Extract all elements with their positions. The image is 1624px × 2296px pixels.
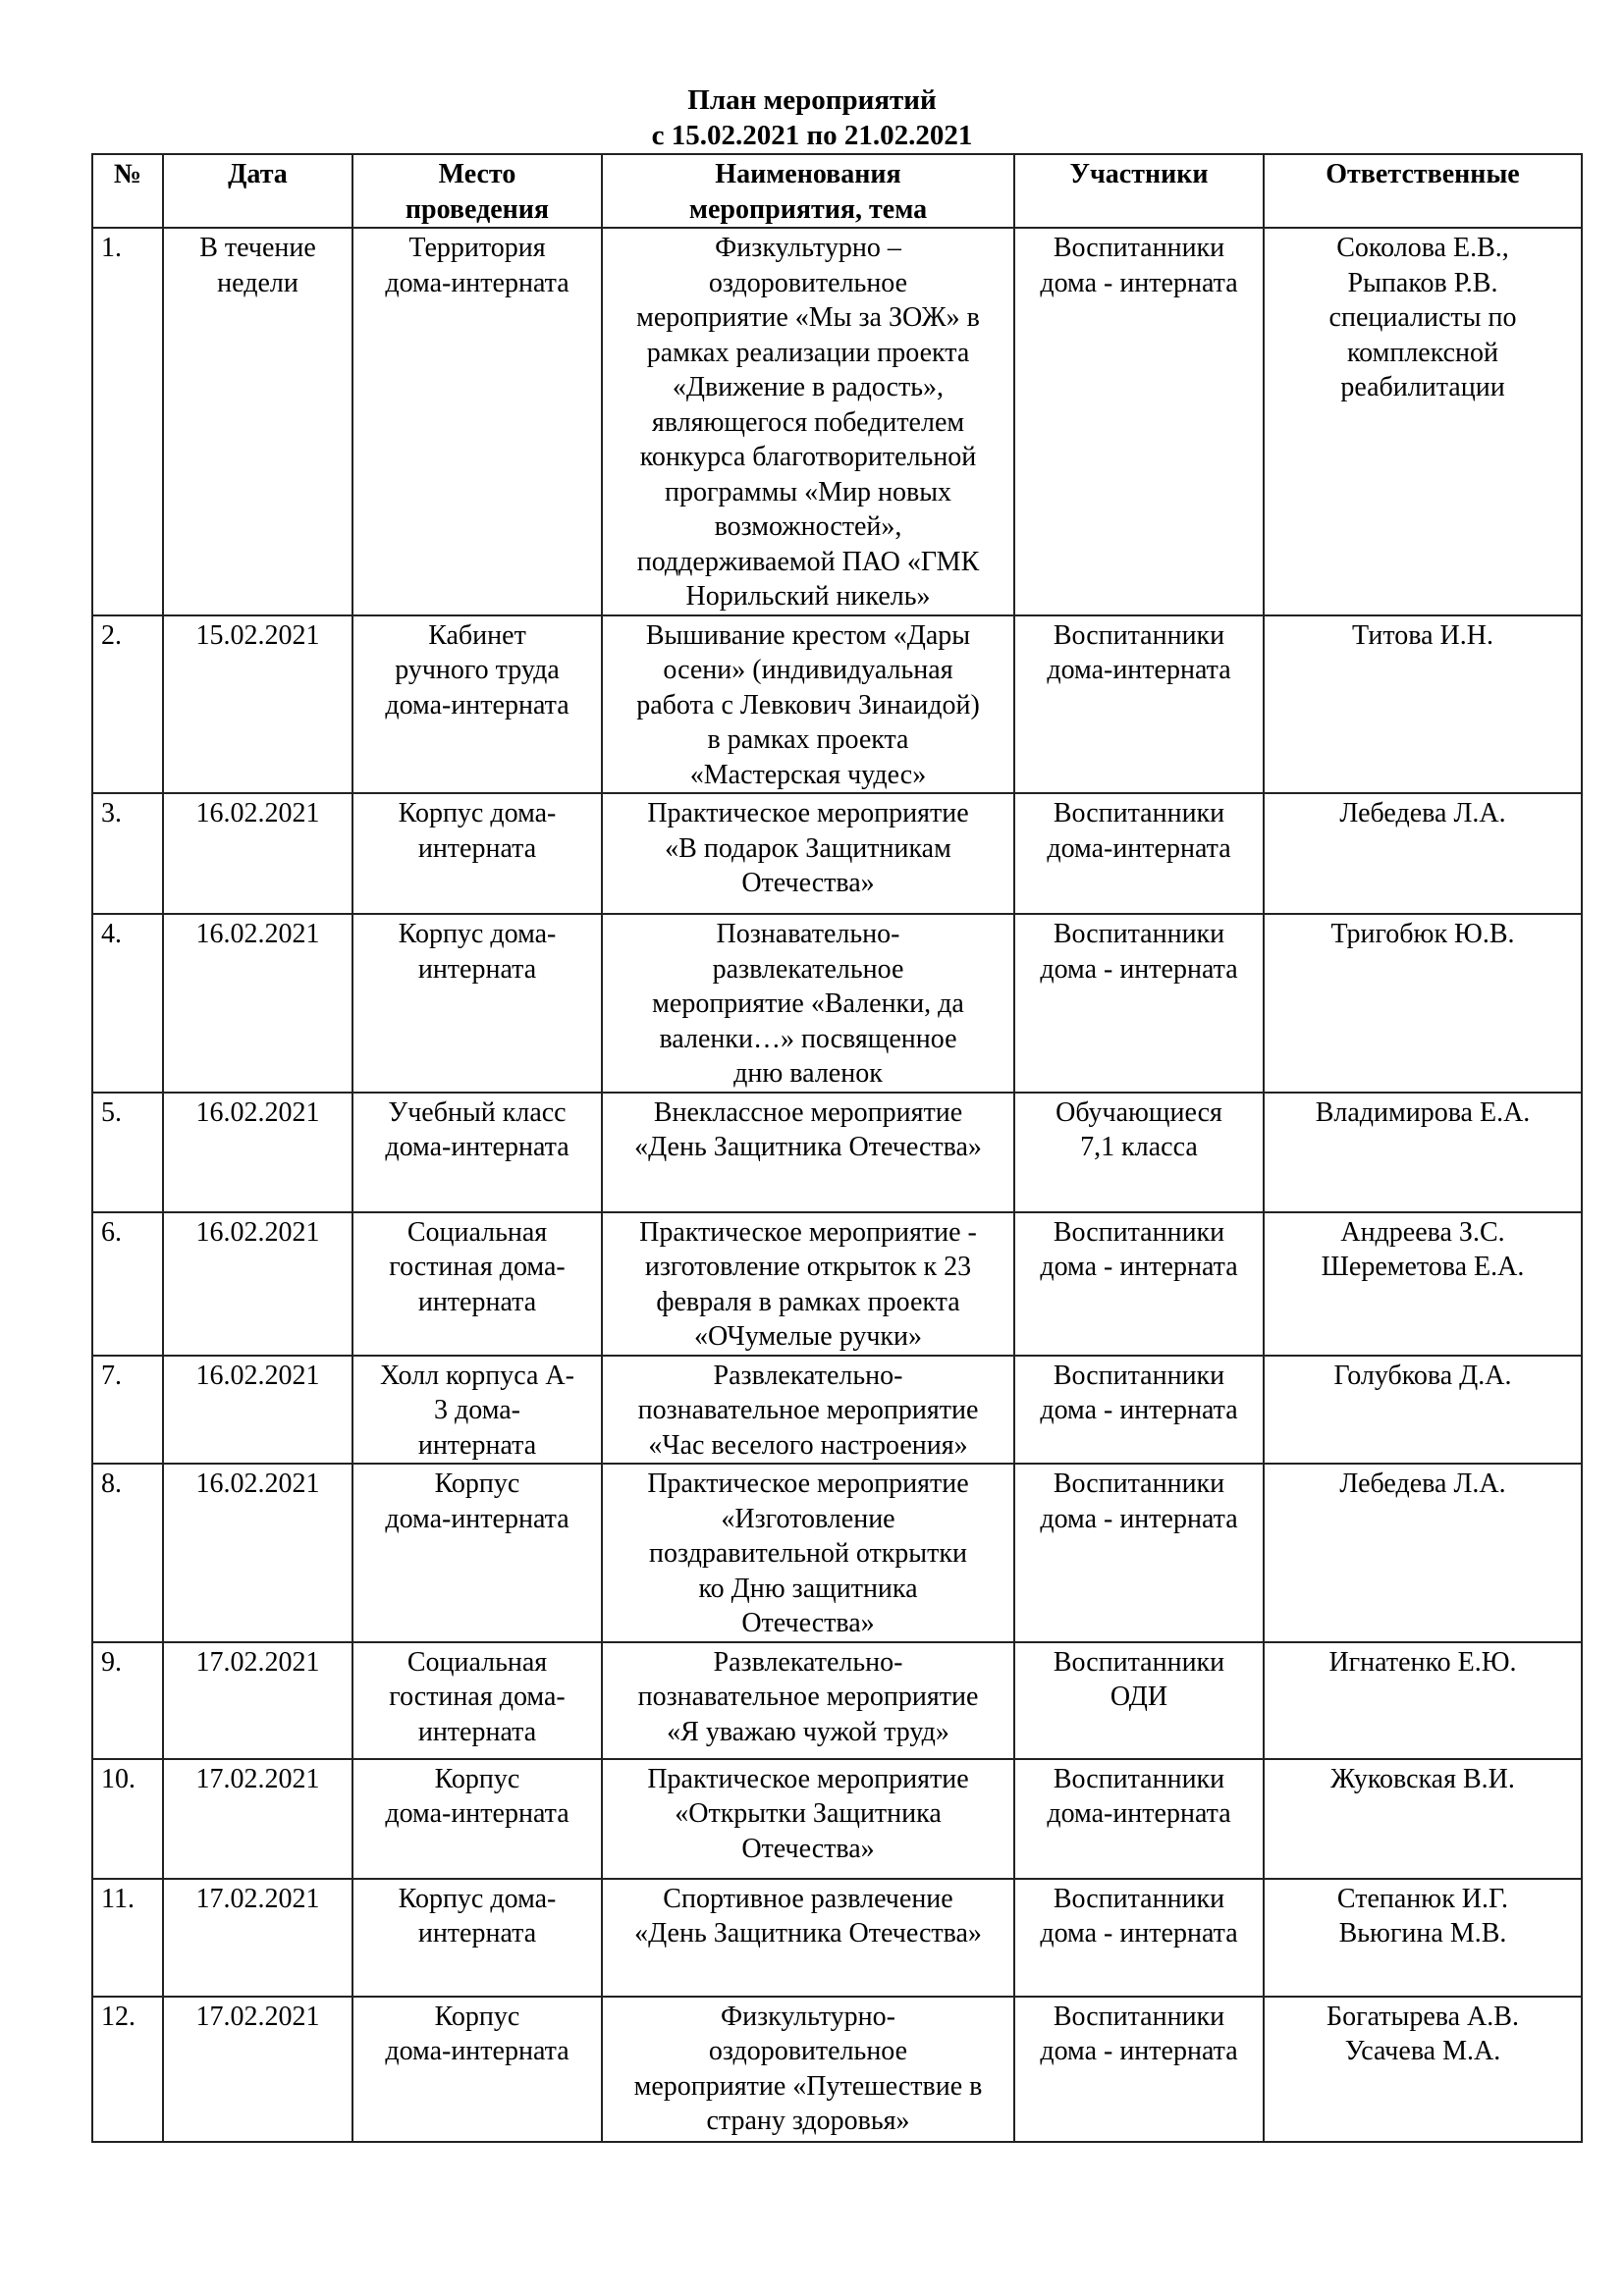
cell-text: Отечества»: [607, 1606, 1009, 1641]
event-place: Корпусдома-интерната: [352, 1997, 602, 2142]
cell-text: Практическое мероприятие: [607, 1762, 1009, 1797]
cell-text: Отечества»: [607, 1832, 1009, 1867]
cell-text: 3.: [101, 796, 158, 831]
event-place: Территориядома-интерната: [352, 228, 602, 615]
table-row: 4.16.02.2021Корпус дома-интернатаПознава…: [92, 914, 1582, 1093]
event-participants: Воспитанникидома - интерната: [1014, 1997, 1264, 2142]
cell-text: познавательное мероприятие: [607, 1393, 1009, 1428]
cell-text: интерната: [357, 952, 597, 988]
cell-text: дома-интерната: [357, 266, 597, 301]
cell-text: ко Дню защитника: [607, 1572, 1009, 1607]
event-participants: Воспитанникидома-интерната: [1014, 793, 1264, 914]
cell-text: дома-интерната: [357, 1796, 597, 1832]
cell-text: Социальная: [357, 1215, 597, 1251]
cell-text: 16.02.2021: [168, 1095, 348, 1131]
event-responsible: Андреева З.С.Шереметова Е.А.: [1264, 1212, 1582, 1356]
row-number: 8.: [92, 1464, 163, 1642]
event-date: 17.02.2021: [163, 1642, 352, 1759]
cell-text: недели: [168, 266, 348, 301]
cell-text: «Движение в радость»,: [607, 370, 1009, 405]
event-date: 16.02.2021: [163, 793, 352, 914]
cell-text: Воспитанники: [1019, 231, 1259, 266]
header-place: Местопроведения: [352, 154, 602, 228]
cell-text: Развлекательно-: [607, 1645, 1009, 1681]
header-text: мероприятия, тема: [607, 192, 1009, 228]
cell-text: оздоровительное: [607, 266, 1009, 301]
cell-text: 16.02.2021: [168, 917, 348, 952]
event-responsible: Тригобюк Ю.В.: [1264, 914, 1582, 1093]
event-name: Физкультурно –оздоровительноемероприятие…: [602, 228, 1014, 615]
cell-text: 6.: [101, 1215, 158, 1251]
cell-text: дома-интерната: [1019, 831, 1259, 867]
table-row: 11.17.02.2021Корпус дома-интернатаСпорти…: [92, 1879, 1582, 1997]
event-participants: Воспитанникидома - интерната: [1014, 1212, 1264, 1356]
event-responsible: Соколова Е.В.,Рыпаков Р.В.специалисты по…: [1264, 228, 1582, 615]
event-participants: Воспитанникидома - интерната: [1014, 914, 1264, 1093]
cell-text: дома - интерната: [1019, 1393, 1259, 1428]
header-text: Ответственные: [1269, 157, 1577, 192]
cell-text: оздоровительное: [607, 2034, 1009, 2069]
cell-text: дома-интерната: [1019, 1796, 1259, 1832]
cell-text: «Открытки Защитника: [607, 1796, 1009, 1832]
header-event: Наименованиямероприятия, тема: [602, 154, 1014, 228]
events-table: №ДатаМестопроведенияНаименованиямероприя…: [91, 153, 1583, 2143]
cell-text: Воспитанники: [1019, 917, 1259, 952]
event-responsible: Игнатенко Е.Ю.: [1264, 1642, 1582, 1759]
cell-text: 12.: [101, 2000, 158, 2035]
cell-text: поддерживаемой ПАО «ГМК: [607, 545, 1009, 580]
cell-text: 10.: [101, 1762, 158, 1797]
cell-text: «Мастерская чудес»: [607, 758, 1009, 793]
header-text: Место: [357, 157, 597, 192]
event-participants: Воспитанникидома - интерната: [1014, 1356, 1264, 1465]
cell-text: интерната: [357, 1285, 597, 1320]
cell-text: Корпус: [357, 1762, 597, 1797]
row-number: 9.: [92, 1642, 163, 1759]
cell-text: дома - интерната: [1019, 952, 1259, 988]
event-date: В течениенедели: [163, 228, 352, 615]
event-date: 16.02.2021: [163, 1093, 352, 1212]
event-place: Корпус дома-интерната: [352, 1879, 602, 1997]
table-row: 1.В течениенеделиТерриториядома-интернат…: [92, 228, 1582, 615]
cell-text: февраля в рамках проекта: [607, 1285, 1009, 1320]
cell-text: Титова И.Н.: [1269, 618, 1577, 654]
cell-text: Территория: [357, 231, 597, 266]
event-name: Познавательно-развлекательноемероприятие…: [602, 914, 1014, 1093]
table-body: 1.В течениенеделиТерриториядома-интернат…: [92, 228, 1582, 2142]
cell-text: Практическое мероприятие -: [607, 1215, 1009, 1251]
event-responsible: Владимирова Е.А.: [1264, 1093, 1582, 1212]
cell-text: Холл корпуса А-: [357, 1359, 597, 1394]
cell-text: осени» (индивидуальная: [607, 653, 1009, 688]
event-date: 16.02.2021: [163, 1464, 352, 1642]
cell-text: конкурса благотворительной: [607, 440, 1009, 475]
event-date: 15.02.2021: [163, 615, 352, 794]
cell-text: интерната: [357, 1715, 597, 1750]
event-place: Корпусдома-интерната: [352, 1464, 602, 1642]
table-row: 10.17.02.2021Корпусдома-интернатаПрактич…: [92, 1759, 1582, 1879]
cell-text: Рыпаков Р.В.: [1269, 266, 1577, 301]
cell-text: Познавательно-: [607, 917, 1009, 952]
cell-text: 2.: [101, 618, 158, 654]
table-row: 6.16.02.2021Социальнаягостиная дома-инте…: [92, 1212, 1582, 1356]
cell-text: мероприятие «Валенки, да: [607, 987, 1009, 1022]
cell-text: реабилитации: [1269, 370, 1577, 405]
event-responsible: Лебедева Л.А.: [1264, 793, 1582, 914]
event-place: Корпус дома-интерната: [352, 793, 602, 914]
cell-text: специалисты по: [1269, 300, 1577, 336]
cell-text: В течение: [168, 231, 348, 266]
cell-text: дома-интерната: [357, 1502, 597, 1537]
cell-text: Норильский никель»: [607, 579, 1009, 614]
event-participants: Воспитанникидома-интерната: [1014, 615, 1264, 794]
header-text: Участники: [1019, 157, 1259, 192]
cell-text: «В подарок Защитникам: [607, 831, 1009, 867]
cell-text: развлекательное: [607, 952, 1009, 988]
event-place: Корпус дома-интерната: [352, 914, 602, 1093]
cell-text: 16.02.2021: [168, 1215, 348, 1251]
cell-text: Развлекательно-: [607, 1359, 1009, 1394]
cell-text: в рамках проекта: [607, 722, 1009, 758]
cell-text: Корпус дома-: [357, 796, 597, 831]
event-participants: Воспитанникидома-интерната: [1014, 1759, 1264, 1879]
cell-text: 17.02.2021: [168, 1645, 348, 1681]
event-responsible: Голубкова Д.А.: [1264, 1356, 1582, 1465]
cell-text: 7,1 класса: [1019, 1130, 1259, 1165]
cell-text: 8.: [101, 1467, 158, 1502]
cell-text: Спортивное развлечение: [607, 1882, 1009, 1917]
cell-text: «День Защитника Отечества»: [607, 1916, 1009, 1951]
table-row: 12.17.02.2021Корпусдома-интернатаФизкуль…: [92, 1997, 1582, 2142]
cell-text: Соколова Е.В.,: [1269, 231, 1577, 266]
header-responsible: Ответственные: [1264, 154, 1582, 228]
cell-text: дома - интерната: [1019, 1250, 1259, 1285]
event-date: 16.02.2021: [163, 1212, 352, 1356]
event-date: 16.02.2021: [163, 914, 352, 1093]
cell-text: 11.: [101, 1882, 158, 1917]
cell-text: Воспитанники: [1019, 1467, 1259, 1502]
event-name: Вышивание крестом «Дарыосени» (индивидуа…: [602, 615, 1014, 794]
event-responsible: Богатырева А.В.Усачева М.А.: [1264, 1997, 1582, 2142]
event-place: Учебный классдома-интерната: [352, 1093, 602, 1212]
cell-text: 17.02.2021: [168, 1762, 348, 1797]
cell-text: страну здоровья»: [607, 2104, 1009, 2139]
table-row: 9.17.02.2021Социальнаягостиная дома-инте…: [92, 1642, 1582, 1759]
event-responsible: Жуковская В.И.: [1264, 1759, 1582, 1879]
cell-text: дню валенок: [607, 1056, 1009, 1092]
cell-text: дома-интерната: [357, 1130, 597, 1165]
row-number: 10.: [92, 1759, 163, 1879]
cell-text: гостиная дома-: [357, 1250, 597, 1285]
event-date: 17.02.2021: [163, 1759, 352, 1879]
cell-text: Усачева М.А.: [1269, 2034, 1577, 2069]
cell-text: Жуковская В.И.: [1269, 1762, 1577, 1797]
event-name: Внеклассное мероприятие«День Защитника О…: [602, 1093, 1014, 1212]
cell-text: 17.02.2021: [168, 2000, 348, 2035]
cell-text: изготовление открыток к 23: [607, 1250, 1009, 1285]
cell-text: ручного труда: [357, 653, 597, 688]
cell-text: «Изготовление: [607, 1502, 1009, 1537]
cell-text: Внеклассное мероприятие: [607, 1095, 1009, 1131]
event-name: Развлекательно-познавательное мероприяти…: [602, 1356, 1014, 1465]
header-date: Дата: [163, 154, 352, 228]
cell-text: Отечества»: [607, 866, 1009, 901]
cell-text: возможностей»,: [607, 509, 1009, 545]
cell-text: работа с Левкович Зинаидой): [607, 688, 1009, 723]
event-participants: Воспитанникидома - интерната: [1014, 1464, 1264, 1642]
row-number: 11.: [92, 1879, 163, 1997]
cell-text: мероприятие «Мы за ЗОЖ» в: [607, 300, 1009, 336]
event-name: Развлекательно-познавательное мероприяти…: [602, 1642, 1014, 1759]
cell-text: Кабинет: [357, 618, 597, 654]
row-number: 7.: [92, 1356, 163, 1465]
cell-text: Корпус дома-: [357, 1882, 597, 1917]
header-text: Дата: [168, 157, 348, 192]
cell-text: Вышивание крестом «Дары: [607, 618, 1009, 654]
cell-text: Воспитанники: [1019, 2000, 1259, 2035]
table-row: 7.16.02.2021Холл корпуса А-3 дома-интерн…: [92, 1356, 1582, 1465]
cell-text: Социальная: [357, 1645, 597, 1681]
event-date: 17.02.2021: [163, 1997, 352, 2142]
cell-text: дома-интерната: [357, 688, 597, 723]
cell-text: Шереметова Е.А.: [1269, 1250, 1577, 1285]
cell-text: 3 дома-: [357, 1393, 597, 1428]
header-text: проведения: [357, 192, 597, 228]
header-text: Наименования: [607, 157, 1009, 192]
event-place: Кабинетручного трудадома-интерната: [352, 615, 602, 794]
row-number: 4.: [92, 914, 163, 1093]
cell-text: рамках реализации проекта: [607, 336, 1009, 371]
header-number: №: [92, 154, 163, 228]
cell-text: «Я уважаю чужой труд»: [607, 1715, 1009, 1750]
cell-text: мероприятие «Путешествие в: [607, 2069, 1009, 2105]
cell-text: Богатырева А.В.: [1269, 2000, 1577, 2035]
cell-text: Воспитанники: [1019, 1882, 1259, 1917]
event-participants: Обучающиеся7,1 класса: [1014, 1093, 1264, 1212]
cell-text: «ОЧумелые ручки»: [607, 1319, 1009, 1355]
row-number: 2.: [92, 615, 163, 794]
cell-text: Воспитанники: [1019, 618, 1259, 654]
cell-text: 4.: [101, 917, 158, 952]
cell-text: дома-интерната: [1019, 653, 1259, 688]
cell-text: Тригобюк Ю.В.: [1269, 917, 1577, 952]
cell-text: 16.02.2021: [168, 1359, 348, 1394]
row-number: 3.: [92, 793, 163, 914]
table-row: 5.16.02.2021Учебный классдома-интернатаВ…: [92, 1093, 1582, 1212]
row-number: 5.: [92, 1093, 163, 1212]
cell-text: Воспитанники: [1019, 1645, 1259, 1681]
event-name: Практическое мероприятие -изготовление о…: [602, 1212, 1014, 1356]
cell-text: «Час веселого настроения»: [607, 1428, 1009, 1464]
event-place: Социальнаягостиная дома-интерната: [352, 1212, 602, 1356]
cell-text: валенки…» посвященное: [607, 1022, 1009, 1057]
cell-text: Воспитанники: [1019, 1359, 1259, 1394]
cell-text: Практическое мероприятие: [607, 1467, 1009, 1502]
cell-text: Корпус: [357, 1467, 597, 1502]
event-place: Корпусдома-интерната: [352, 1759, 602, 1879]
cell-text: 16.02.2021: [168, 1467, 348, 1502]
cell-text: 5.: [101, 1095, 158, 1131]
event-name: Практическое мероприятие«Изготовлениепоз…: [602, 1464, 1014, 1642]
event-name: Практическое мероприятие«В подарок Защит…: [602, 793, 1014, 914]
cell-text: дома - интерната: [1019, 1916, 1259, 1951]
header-participants: Участники: [1014, 154, 1264, 228]
cell-text: Игнатенко Е.Ю.: [1269, 1645, 1577, 1681]
table-row: 8.16.02.2021Корпусдома-интернатаПрактиче…: [92, 1464, 1582, 1642]
table-header-row: №ДатаМестопроведенияНаименованиямероприя…: [92, 154, 1582, 228]
cell-text: интерната: [357, 1916, 597, 1951]
event-responsible: Титова И.Н.: [1264, 615, 1582, 794]
cell-text: Голубкова Д.А.: [1269, 1359, 1577, 1394]
cell-text: дома - интерната: [1019, 266, 1259, 301]
event-place: Социальнаягостиная дома-интерната: [352, 1642, 602, 1759]
event-responsible: Лебедева Л.А.: [1264, 1464, 1582, 1642]
event-participants: Воспитанникидома - интерната: [1014, 1879, 1264, 1997]
cell-text: дома - интерната: [1019, 2034, 1259, 2069]
event-date: 17.02.2021: [163, 1879, 352, 1997]
cell-text: Учебный класс: [357, 1095, 597, 1131]
cell-text: 16.02.2021: [168, 796, 348, 831]
event-responsible: Степанюк И.Г.Вьюгина М.В.: [1264, 1879, 1582, 1997]
event-name: Практическое мероприятие«Открытки Защитн…: [602, 1759, 1014, 1879]
event-name: Физкультурно-оздоровительноемероприятие …: [602, 1997, 1014, 2142]
table-row: 3.16.02.2021Корпус дома-интернатаПрактич…: [92, 793, 1582, 914]
cell-text: 1.: [101, 231, 158, 266]
cell-text: поздравительной открытки: [607, 1536, 1009, 1572]
row-number: 6.: [92, 1212, 163, 1356]
table-row: 2.15.02.2021Кабинетручного трудадома-инт…: [92, 615, 1582, 794]
cell-text: 15.02.2021: [168, 618, 348, 654]
cell-text: 7.: [101, 1359, 158, 1394]
cell-text: ОДИ: [1019, 1680, 1259, 1715]
cell-text: Физкультурно-: [607, 2000, 1009, 2035]
cell-text: комплексной: [1269, 336, 1577, 371]
cell-text: Обучающиеся: [1019, 1095, 1259, 1131]
cell-text: Владимирова Е.А.: [1269, 1095, 1577, 1131]
cell-text: 17.02.2021: [168, 1882, 348, 1917]
cell-text: интерната: [357, 1428, 597, 1464]
cell-text: Воспитанники: [1019, 1762, 1259, 1797]
cell-text: являющегося победителем: [607, 405, 1009, 441]
event-place: Холл корпуса А-3 дома-интерната: [352, 1356, 602, 1465]
cell-text: познавательное мероприятие: [607, 1680, 1009, 1715]
cell-text: Лебедева Л.А.: [1269, 796, 1577, 831]
cell-text: 9.: [101, 1645, 158, 1681]
row-number: 12.: [92, 1997, 163, 2142]
cell-text: Степанюк И.Г.: [1269, 1882, 1577, 1917]
event-date: 16.02.2021: [163, 1356, 352, 1465]
cell-text: Физкультурно –: [607, 231, 1009, 266]
header-text: №: [97, 157, 158, 192]
cell-text: «День Защитника Отечества»: [607, 1130, 1009, 1165]
event-participants: ВоспитанникиОДИ: [1014, 1642, 1264, 1759]
cell-text: гостиная дома-: [357, 1680, 597, 1715]
cell-text: Вьюгина М.В.: [1269, 1916, 1577, 1951]
event-name: Спортивное развлечение«День Защитника От…: [602, 1879, 1014, 1997]
cell-text: Андреева З.С.: [1269, 1215, 1577, 1251]
cell-text: дома - интерната: [1019, 1502, 1259, 1537]
document-date-range: с 15.02.2021 по 21.02.2021: [0, 118, 1624, 153]
event-participants: Воспитанникидома - интерната: [1014, 228, 1264, 615]
cell-text: Корпус: [357, 2000, 597, 2035]
cell-text: Практическое мероприятие: [607, 796, 1009, 831]
cell-text: Корпус дома-: [357, 917, 597, 952]
cell-text: Воспитанники: [1019, 796, 1259, 831]
cell-text: дома-интерната: [357, 2034, 597, 2069]
document-title: План мероприятий: [0, 82, 1624, 118]
cell-text: Воспитанники: [1019, 1215, 1259, 1251]
cell-text: интерната: [357, 831, 597, 867]
cell-text: Лебедева Л.А.: [1269, 1467, 1577, 1502]
row-number: 1.: [92, 228, 163, 615]
cell-text: программы «Мир новых: [607, 475, 1009, 510]
